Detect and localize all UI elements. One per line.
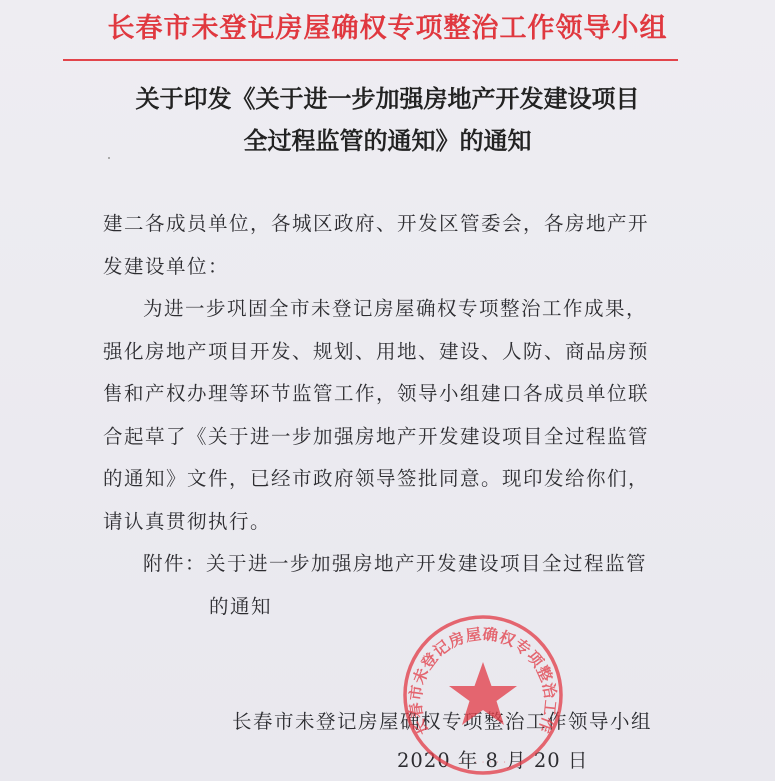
title-line-2: 全过程监管的通知》的通知 — [0, 120, 775, 162]
body-line-4: 合起草了《关于进一步加强房地产开发建设项目全过程监管 — [103, 416, 663, 459]
body-line-3: 售和产权办理等环节监管工作，领导小组建口各成员单位联 — [103, 373, 663, 416]
document-title: 关于印发《关于进一步加强房地产开发建设项目 全过程监管的通知》的通知 — [0, 78, 775, 162]
signature-date: 2020 年 8 月 20 日 — [397, 745, 588, 773]
document-page: 长春市未登记房屋确权专项整治工作领导小组 关于印发《关于进一步加强房地产开发建设… — [0, 0, 775, 781]
attachment-title: 关于进一步加强房地产开发建设项目全过程监管 — [206, 552, 647, 575]
body-line-6: 请认真贯彻执行。 — [103, 501, 663, 544]
header-red-rule — [63, 59, 455, 61]
body-line-1: 为进一步巩固全市未登记房屋确权专项整治工作成果， — [103, 288, 663, 331]
salutation-line-2: 发建设单位： — [103, 246, 663, 289]
title-line-1: 关于印发《关于进一步加强房地产开发建设项目 — [0, 78, 775, 120]
document-body: 建二各成员单位，各城区政府、开发区管委会，各房地产开 发建设单位： 为进一步巩固… — [103, 203, 663, 628]
body-line-2: 强化房地产项目开发、规划、用地、建设、人防、商品房预 — [103, 331, 663, 374]
salutation-line-1: 建二各成员单位，各城区政府、开发区管委会，各房地产开 — [103, 203, 663, 246]
attachment-line-2: 的通知 — [103, 586, 663, 629]
attachment-line-1: 附件：关于进一步加强房地产开发建设项目全过程监管 — [103, 543, 663, 586]
header-red-rule-right — [455, 59, 678, 61]
org-header-title: 长春市未登记房屋确权专项整治工作领导小组 — [0, 6, 775, 45]
signature-org: 长春市未登记房屋确权专项整治工作领导小组 — [232, 706, 652, 734]
body-line-5: 的通知》文件，已经市政府领导签批同意。现印发给你们， — [103, 458, 663, 501]
attachment-label: 附件： — [143, 552, 206, 575]
scan-speck — [108, 157, 110, 159]
